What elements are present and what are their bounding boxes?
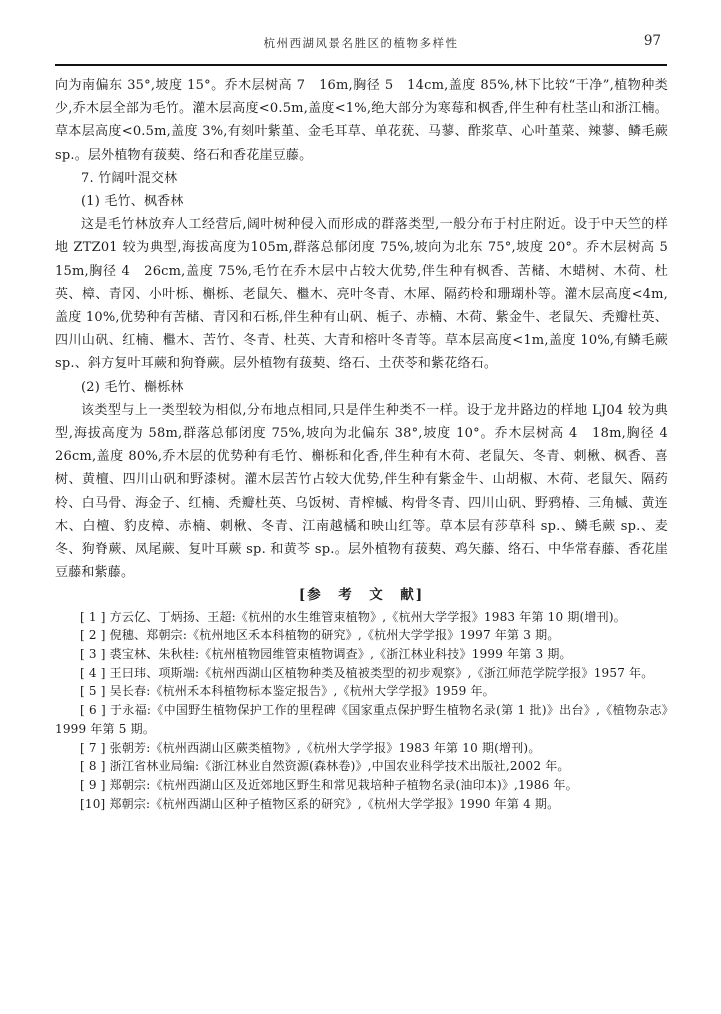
paper-page: 杭州西湖风景名胜区的植物多样性 97 向为南偏东 35°,坡度 15°。乔木层树… xyxy=(0,0,721,1014)
reference-item: [ 3 ] 裘宝林、朱秋桂:《杭州植物园维管束植物调查》,《浙江林业科技》199… xyxy=(55,645,668,664)
subsection-2-paragraph: 该类型与上一类型较为相似,分布地点相同,只是伴生种类不一样。设于龙井路边的样地 … xyxy=(55,399,668,585)
reference-item: [ 6 ] 于永福:《中国野生植物保护工作的里程碑《国家重点保护野生植物名录(第… xyxy=(55,701,668,738)
subsection-heading-1: (1) 毛竹、枫香林 xyxy=(55,190,668,213)
reference-item: [ 2 ] 倪穗、郑朝宗:《杭州地区禾本科植物的研究》,《杭州大学学报》1997… xyxy=(55,626,668,645)
references-heading: [参 考 文 献] xyxy=(55,584,668,607)
references-list: [ 1 ] 方云亿、丁炳扬、王超:《杭州的水生维管束植物》,《杭州大学学报》19… xyxy=(55,608,668,814)
section-heading-7: 7. 竹阔叶混交林 xyxy=(55,167,668,190)
reference-item: [10] 郑朝宗:《杭州西湖山区种子植物区系的研究》,《杭州大学学报》1990 … xyxy=(55,795,668,814)
reference-item: [ 5 ] 吴长春:《杭州禾本科植物标本鉴定报告》,《杭州大学学报》1959 年… xyxy=(55,682,668,701)
page-title: 杭州西湖风景名胜区的植物多样性 xyxy=(55,35,667,51)
reference-item: [ 1 ] 方云亿、丁炳扬、王超:《杭州的水生维管束植物》,《杭州大学学报》19… xyxy=(55,608,668,627)
reference-item: [ 8 ] 浙江省林业局编:《浙江林业自然资源(森林卷)》,中国农业科学技术出版… xyxy=(55,757,668,776)
page-number: 97 xyxy=(644,33,661,49)
reference-item: [ 4 ] 王曰玮、项斯端:《杭州西湖山区植物种类及植被类型的初步观察》,《浙江… xyxy=(55,664,668,683)
body-text: 向为南偏东 35°,坡度 15°。乔木层树高 7 16m,胸径 5 14cm,盖… xyxy=(55,74,668,813)
subsection-heading-2: (2) 毛竹、槲栎林 xyxy=(55,376,668,399)
reference-item: [ 9 ] 郑朝宗:《杭州西湖山区及近郊地区野生和常见栽培种子植物名录(油印本)… xyxy=(55,776,668,795)
paragraph-continued: 向为南偏东 35°,坡度 15°。乔木层树高 7 16m,胸径 5 14cm,盖… xyxy=(55,74,668,167)
header-rule xyxy=(55,64,667,66)
subsection-1-paragraph: 这是毛竹林放弃人工经营后,阔叶树种侵入而形成的群落类型,一般分布于村庄附近。设于… xyxy=(55,213,668,375)
reference-item: [ 7 ] 张朝芳:《杭州西湖山区蕨类植物》,《杭州大学学报》1983 年第 1… xyxy=(55,739,668,758)
